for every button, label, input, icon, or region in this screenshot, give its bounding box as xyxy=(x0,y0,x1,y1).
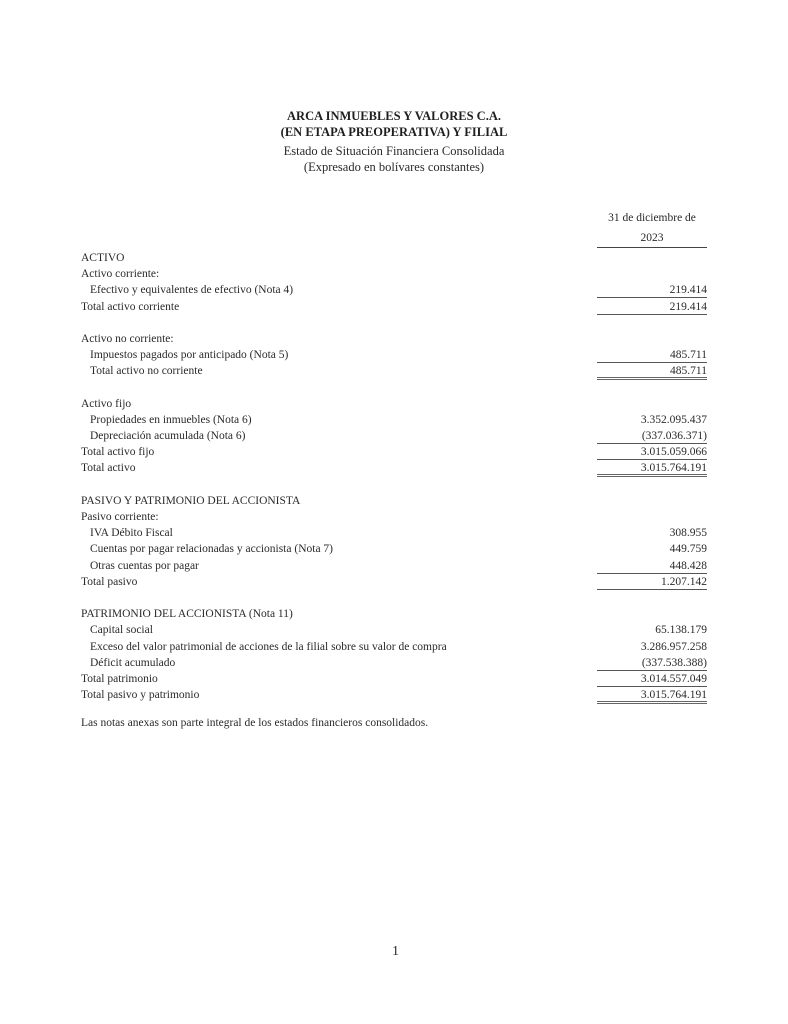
row-value: 308.955 xyxy=(597,525,707,541)
row-value: 219.414 xyxy=(597,282,707,298)
table-row: Total pasivo1.207.142 xyxy=(81,574,707,590)
row-label: Total activo fijo xyxy=(81,444,154,460)
table-row: Otras cuentas por pagar448.428 xyxy=(81,558,707,574)
row-spacer xyxy=(81,380,707,396)
row-label: Déficit acumulado xyxy=(90,655,175,671)
row-label: Total pasivo xyxy=(81,574,137,590)
row-spacer xyxy=(81,315,707,331)
row-label: Activo corriente: xyxy=(81,266,159,282)
row-label: Total pasivo y patrimonio xyxy=(81,687,199,703)
row-label: Otras cuentas por pagar xyxy=(90,558,199,574)
row-label: Impuestos pagados por anticipado (Nota 5… xyxy=(90,347,288,363)
row-label: ACTIVO xyxy=(81,250,124,266)
row-label: IVA Débito Fiscal xyxy=(90,525,173,541)
column-year: 2023 xyxy=(597,232,707,248)
footer-note: Las notas anexas son parte integral de l… xyxy=(81,717,428,729)
page-number: 1 xyxy=(392,944,399,960)
row-value: 3.286.957.258 xyxy=(597,639,707,655)
table-row: Total activo fijo3.015.059.066 xyxy=(81,444,707,460)
row-label: Total patrimonio xyxy=(81,671,158,687)
row-label: Total activo corriente xyxy=(81,299,179,315)
row-value: 448.428 xyxy=(597,558,707,574)
balance-sheet-table: ACTIVOActivo corriente:Efectivo y equiva… xyxy=(81,250,707,703)
row-label: Cuentas por pagar relacionadas y accioni… xyxy=(90,541,333,557)
table-row: Activo corriente: xyxy=(81,266,707,282)
row-label: Exceso del valor patrimonial de acciones… xyxy=(90,639,447,655)
row-label: Activo fijo xyxy=(81,396,131,412)
table-row: ACTIVO xyxy=(81,250,707,266)
row-label: Total activo xyxy=(81,460,135,476)
table-row: Total activo3.015.764.191 xyxy=(81,460,707,476)
row-spacer xyxy=(81,590,707,606)
row-label: Pasivo corriente: xyxy=(81,509,159,525)
company-name: ARCA INMUEBLES Y VALORES C.A. xyxy=(0,108,788,124)
table-row: IVA Débito Fiscal308.955 xyxy=(81,525,707,541)
table-row: PASIVO Y PATRIMONIO DEL ACCIONISTA xyxy=(81,493,707,509)
row-value: 3.352.095.437 xyxy=(597,412,707,428)
company-status: (EN ETAPA PREOPERATIVA) Y FILIAL xyxy=(0,124,788,140)
table-row: Total activo no corriente485.711 xyxy=(81,363,707,379)
row-value: 449.759 xyxy=(597,541,707,557)
column-date-label: 31 de diciembre de xyxy=(597,212,707,224)
table-row: PATRIMONIO DEL ACCIONISTA (Nota 11) xyxy=(81,606,707,622)
row-value: 219.414 xyxy=(597,299,707,315)
row-value: (337.036.371) xyxy=(597,428,707,444)
table-row: Pasivo corriente: xyxy=(81,509,707,525)
row-value: 65.138.179 xyxy=(597,622,707,638)
row-spacer xyxy=(81,477,707,493)
row-label: Efectivo y equivalentes de efectivo (Not… xyxy=(90,282,293,298)
table-row: Efectivo y equivalentes de efectivo (Not… xyxy=(81,282,707,298)
row-label: Capital social xyxy=(90,622,153,638)
row-value: 3.014.557.049 xyxy=(597,671,707,687)
statement-title: Estado de Situación Financiera Consolida… xyxy=(0,143,788,159)
table-row: Cuentas por pagar relacionadas y accioni… xyxy=(81,541,707,557)
row-value: 3.015.764.191 xyxy=(597,460,707,477)
row-label: Activo no corriente: xyxy=(81,331,174,347)
row-value: 3.015.059.066 xyxy=(597,444,707,460)
document-header: ARCA INMUEBLES Y VALORES C.A. (EN ETAPA … xyxy=(0,108,788,175)
table-row: Activo fijo xyxy=(81,396,707,412)
row-value: 3.015.764.191 xyxy=(597,687,707,704)
row-label: Depreciación acumulada (Nota 6) xyxy=(90,428,246,444)
table-row: Déficit acumulado(337.538.388) xyxy=(81,655,707,671)
table-row: Impuestos pagados por anticipado (Nota 5… xyxy=(81,347,707,363)
row-label: PATRIMONIO DEL ACCIONISTA (Nota 11) xyxy=(81,606,293,622)
row-value: 1.207.142 xyxy=(597,574,707,590)
row-label: PASIVO Y PATRIMONIO DEL ACCIONISTA xyxy=(81,493,300,509)
row-label: Total activo no corriente xyxy=(90,363,203,379)
table-row: Total activo corriente219.414 xyxy=(81,299,707,315)
row-value: 485.711 xyxy=(597,347,707,363)
table-row: Total patrimonio3.014.557.049 xyxy=(81,671,707,687)
row-value: (337.538.388) xyxy=(597,655,707,671)
currency-note: (Expresado en bolívares constantes) xyxy=(0,159,788,175)
row-value: 485.711 xyxy=(597,363,707,380)
table-row: Total pasivo y patrimonio3.015.764.191 xyxy=(81,687,707,703)
row-label: Propiedades en inmuebles (Nota 6) xyxy=(90,412,252,428)
table-row: Propiedades en inmuebles (Nota 6)3.352.0… xyxy=(81,412,707,428)
table-row: Depreciación acumulada (Nota 6)(337.036.… xyxy=(81,428,707,444)
table-row: Activo no corriente: xyxy=(81,331,707,347)
table-row: Capital social65.138.179 xyxy=(81,622,707,638)
table-row: Exceso del valor patrimonial de acciones… xyxy=(81,639,707,655)
